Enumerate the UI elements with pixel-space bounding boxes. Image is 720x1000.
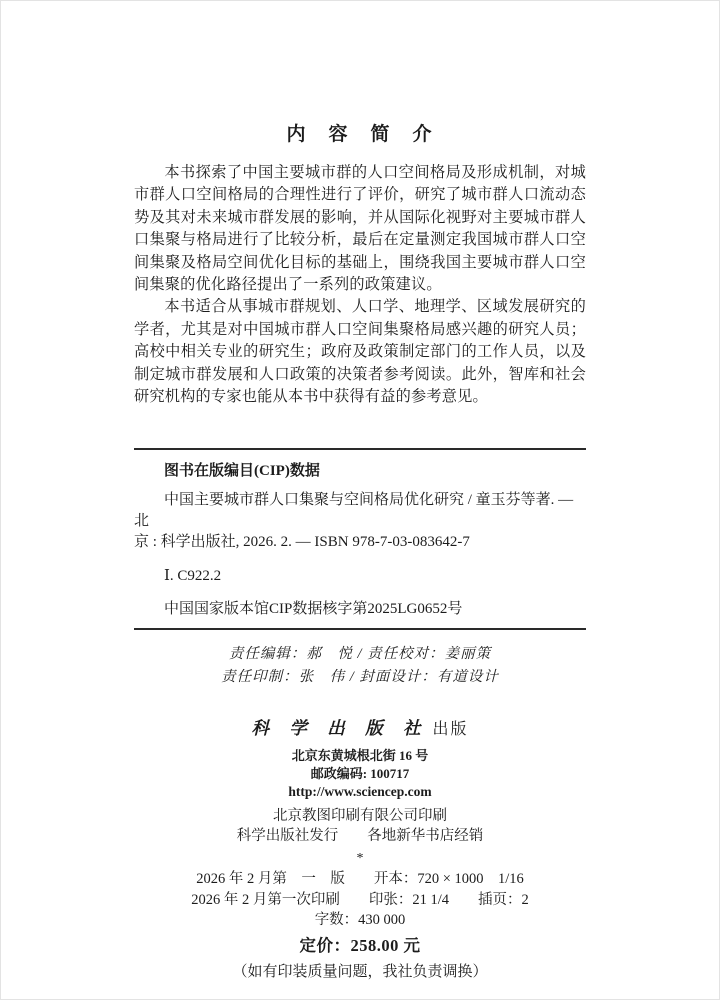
cip-record: 中国主要城市群人口集聚与空间格局优化研究 / 童玉芬等著. — 北 京 : 科学… xyxy=(134,490,586,553)
publisher-logo-line: 科 学 出 版 社 出版 xyxy=(134,715,586,740)
publisher-publish-suffix: 出版 xyxy=(432,721,468,738)
publisher-address: 北京东黄城根北街 16 号 xyxy=(134,747,586,765)
intro-title: 内 容 简 介 xyxy=(134,119,586,146)
quality-notice-line: （如有印装质量问题，我社负责调换） xyxy=(134,960,586,984)
credits-line-editors: 责任编辑：郝 悦 / 责任校对：姜丽策 xyxy=(134,643,586,666)
intro-paragraph-2: 本书适合从事城市群规划、人口学、地理学、区域发展研究的学者，尤其是对中国城市群人… xyxy=(134,296,586,408)
publisher-postcode: 邮政编码: 100717 xyxy=(134,765,586,783)
asterisk-separator: * xyxy=(134,849,586,869)
printing-info-block: 2026 年 2 月第 一 版 开本：720 × 1000 1/16 2026 … xyxy=(134,869,586,984)
cip-registry-number: 中国国家版本馆CIP数据核字第2025LG0652号 xyxy=(134,597,586,618)
book-copyright-page: { "intro": { "title": "内 容 简 介", "para1"… xyxy=(0,0,720,1000)
cip-record-line1: 中国主要城市群人口集聚与空间格局优化研究 / 童玉芬等著. — 北 xyxy=(134,490,586,532)
cip-data-block: 图书在版编目(CIP)数据 中国主要城市群人口集聚与空间格局优化研究 / 童玉芬… xyxy=(134,448,586,630)
word-count-line: 字数：430 000 xyxy=(134,910,586,931)
distribution-line: 科学出版社发行 各地新华书店经销 xyxy=(134,826,586,846)
printer-name: 北京教图印刷有限公司印刷 xyxy=(134,806,586,826)
page-content: 内 容 简 介 本书探索了中国主要城市群的人口空间格局及形成机制，对城市群人口空… xyxy=(134,1,586,984)
cip-heading: 图书在版编目(CIP)数据 xyxy=(134,459,586,480)
publisher-website: http://www.sciencep.com xyxy=(134,783,586,801)
cip-classification-code: Ⅰ. C922.2 xyxy=(134,566,586,585)
credits-line-printing-design: 责任印制：张 伟 / 封面设计：有道设计 xyxy=(134,666,586,689)
price-line: 定价：258.00 元 xyxy=(134,934,586,958)
intro-paragraph-1: 本书探索了中国主要城市群的人口空间格局及形成机制，对城市群人口空间格局的合理性进… xyxy=(134,162,586,296)
cip-record-line2: 京 : 科学出版社, 2026. 2. — ISBN 978-7-03-0836… xyxy=(134,532,586,553)
edition-line: 2026 年 2 月第 一 版 开本：720 × 1000 1/16 xyxy=(134,869,586,890)
staff-credits: 责任编辑：郝 悦 / 责任校对：姜丽策 责任印制：张 伟 / 封面设计：有道设计 xyxy=(134,643,586,689)
publisher-block: 科 学 出 版 社 出版 北京东黄城根北街 16 号 邮政编码: 100717 … xyxy=(134,715,586,869)
impression-line: 2026 年 2 月第一次印刷 印张：21 1/4 插页：2 xyxy=(134,890,586,911)
publisher-logo-text: 科 学 出 版 社 xyxy=(251,718,428,738)
